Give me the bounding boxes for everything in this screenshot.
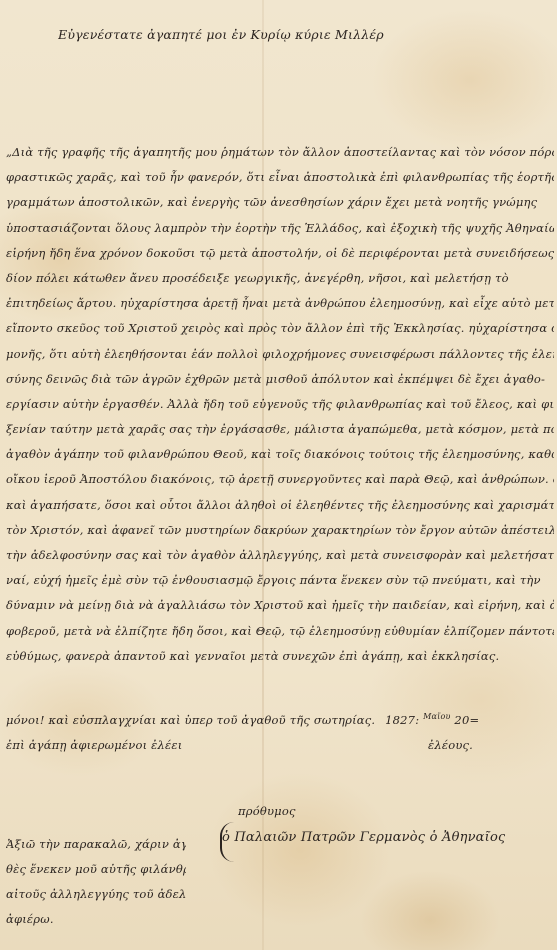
signature: ὁ Παλαιῶν Πατρῶν Γερμανὸς ὁ Ἀθηναῖος xyxy=(222,830,505,845)
date-day: 20= xyxy=(454,713,479,727)
signature-prefix: πρόθυμος xyxy=(238,804,296,818)
body-line: εἴποντο σκεῦος τοῦ Χριστοῦ χειρὸς καὶ πρ… xyxy=(6,316,554,341)
body-line: ὑποστασιάζονται ὅλους λαμπρὸν τὴν ἑορτὴν… xyxy=(6,216,554,241)
body-line: ἀγαθὸν ἀγάπην τοῦ φιλανθρώπου Θεοῦ, καὶ … xyxy=(6,442,554,467)
date-lead-text: μόνοι! καὶ εὐσπλαγχνίαι καὶ ὑπερ τοῦ ἀγα… xyxy=(6,713,375,727)
body-line: φοβεροῦ, μετὰ νὰ ἐλπίζητε ἤδη ὅσοι, καὶ … xyxy=(6,619,554,644)
letter-body: „Διὰ τῆς γραφῆς τῆς ἀγαπητῆς μου ῥημάτων… xyxy=(6,140,554,669)
body-line: ναί, εὐχή ἡμεῖς ἐμὲ σὺν τῷ ἐνθουσιασμῷ ἔ… xyxy=(6,568,554,593)
closing-right: ἐλέους. xyxy=(428,738,473,752)
body-line: δύναμιν νὰ μείνῃ διὰ νὰ ἀγαλλιάσω τὸν Χρ… xyxy=(6,593,554,618)
postscript: Ἀξιῶ τὴν παρακαλῶ, χάριν ἀγα- θὲς ἕνεκεν… xyxy=(6,832,186,932)
postscript-line: θὲς ἕνεκεν μοῦ αὐτῆς φιλάνθρωπον xyxy=(6,857,186,882)
date-year: 1827: xyxy=(385,713,419,727)
postscript-line: Ἀξιῶ τὴν παρακαλῶ, χάριν ἀγα- xyxy=(6,832,186,857)
body-line: μονῆς, ὅτι αὐτὴ ἐλεηθήσονται ἐάν πολλοὶ … xyxy=(6,342,554,367)
body-line: τὴν ἀδελφοσύνην σας καὶ τὸν ἀγαθὸν ἀλληλ… xyxy=(6,543,554,568)
body-line: εὐθύμως, φανερὰ ἀπαντοῦ καὶ γενναῖοι μετ… xyxy=(6,644,554,669)
body-line: καὶ ἀγαπήσατε, ὅσοι καὶ οὗτοι ἄλλοι ἀληθ… xyxy=(6,493,554,518)
postscript-line: ἀφιέρω. xyxy=(6,907,186,932)
date-line: μόνοι! καὶ εὐσπλαγχνίαι καὶ ὑπερ τοῦ ἀγα… xyxy=(6,712,479,727)
body-line: οἴκου ἱεροῦ Ἀποστόλου διακόνοις, τῷ ἀρετ… xyxy=(6,467,554,492)
body-line: εἰρήνη ἤδη ἕνα χρόνον δοκοῦσι τῷ μετὰ ἀπ… xyxy=(6,241,554,266)
body-line: ἐπιτηδείως ἄρτου. ηὐχαρίστησα ἀρετῇ ἦναι… xyxy=(6,291,554,316)
body-line: ξενίαν ταύτην μετὰ χαρᾶς σας τὴν ἐργάσασ… xyxy=(6,417,554,442)
body-line: δίον πόλει κάτωθεν ἄνευ προσέδειξε γεωργ… xyxy=(6,266,554,291)
postscript-line: αἰτοῦς ἀλληλεγγύης τοῦ ἀδελφοῦ xyxy=(6,882,186,907)
body-line: σύνης δεινῶς διὰ τῶν ἀγρῶν ἐχθρῶν μετὰ μ… xyxy=(6,367,554,392)
body-line: „Διὰ τῆς γραφῆς τῆς ἀγαπητῆς μου ῥημάτων… xyxy=(6,140,554,165)
salutation: Εὐγενέστατε ἀγαπητέ μοι ἐν Κυρίῳ κύριε Μ… xyxy=(58,27,384,42)
closing-left: ἐπὶ ἀγάπῃ ἀφιερωμένοι ἐλέει xyxy=(6,738,182,752)
body-line: εργίασιν αὐτὴν ἐργασθέν. Ἀλλὰ ἤδη τοῦ εὐ… xyxy=(6,392,554,417)
body-line: φραστικῶς χαρᾶς, καὶ τοῦ ἦν φανερόν, ὅτι… xyxy=(6,165,554,190)
body-line: τὸν Χριστόν, καὶ ἀφανεῖ τῶν μυστηρίων δα… xyxy=(6,518,554,543)
date-month: Μαΐου xyxy=(423,712,450,721)
body-line: γραμμάτων ἀποστολικῶν, καὶ ἐνεργὴς τῶν ἀ… xyxy=(6,190,554,215)
manuscript-page: Εὐγενέστατε ἀγαπητέ μοι ἐν Κυρίῳ κύριε Μ… xyxy=(0,0,557,950)
